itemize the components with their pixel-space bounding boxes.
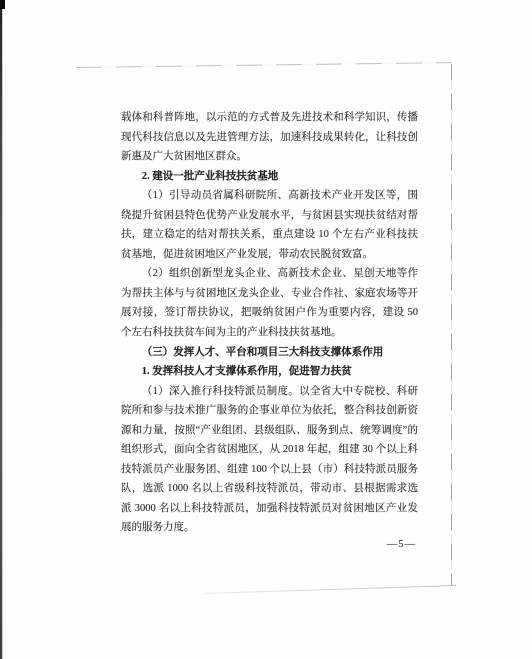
section-heading: （三）发挥人才、平台和项目三大科技支撑体系作用 xyxy=(121,343,418,363)
section-heading: 1. 发挥科技人才支撑体系作用，促进智力扶贫 xyxy=(121,362,418,382)
text-line: （1）深入推行科技特派员制度。以全省大中专院校、科研 xyxy=(121,382,418,402)
text-line: 新惠及广大贫困地区群众。 xyxy=(121,147,418,167)
text-line: 组织形式，面向全省贫困地区，从 2018 年起，组建 30 个以上科 xyxy=(121,440,418,460)
text-line: 院所和参与技术推广服务的企事业单位为依托，整合科技创新资 xyxy=(121,401,418,421)
text-line: 载体和科普阵地，以示范的方式普及先进技术和科学知识，传播 xyxy=(121,108,418,128)
text-line: （2）组织创新型龙头企业、高新技术企业、星创天地等作 xyxy=(121,264,418,284)
text-line: 派 3000 名以上科技特派员，加强科技特派员对贫困地区产业发 xyxy=(121,499,418,519)
paper-edge-top xyxy=(76,62,452,68)
text-line: 为帮扶主体与与贫困地区龙头企业、专业合作社、家庭农场等开 xyxy=(121,284,418,304)
text-line: 贫基地，促进贫困地区产业发展，带动农民脱贫致富。 xyxy=(121,245,418,265)
text-line: （1）引导动员省属科研院所、高新技术产业开发区等，围 xyxy=(121,186,418,206)
scanner-corner-artifact xyxy=(0,0,5,9)
paper-edge-right xyxy=(451,64,452,585)
text-line: 展对接，签订帮扶协议，把吸纳贫困户作为重要内容，建设 50 xyxy=(121,303,418,323)
text-line: 扶，建立稳定的结对帮扶关系，重点建设 10 个左右产业科技扶 xyxy=(121,225,418,245)
text-line: 展的服务力度。 xyxy=(121,518,418,538)
text-line: 个左右科技扶贫车间为主的产业科技扶贫基地。 xyxy=(121,323,418,343)
section-heading: 2. 建设一批产业科技扶贫基地 xyxy=(121,167,418,187)
text-line: 技特派员产业服务团、组建 100 个以上县（市）科技特派员服务 xyxy=(121,460,418,480)
scanner-left-edge-highlight xyxy=(2,0,3,659)
document-text: 载体和科普阵地，以示范的方式普及先进技术和科学知识，传播 现代科技信息以及先进管… xyxy=(121,108,418,538)
page-number: —5— xyxy=(121,538,418,552)
text-line: 队，选派 1000 名以上省级科技特派员，带动市、县根据需求选 xyxy=(121,479,418,499)
paper-edge-bottom xyxy=(202,585,456,594)
text-line: 绕提升贫困县特色优势产业发展水平，与贫困县实现扶贫结对帮 xyxy=(121,206,418,226)
text-line: 现代科技信息以及先进管理方法，加速科技成果转化，让科技创 xyxy=(121,128,418,148)
scanned-document-page: 载体和科普阵地，以示范的方式普及先进技术和科学知识，传播 现代科技信息以及先进管… xyxy=(0,0,532,659)
text-line: 源和力量，按照“产业组团、县级组队、服务到点、统筹调度”的 xyxy=(121,421,418,441)
